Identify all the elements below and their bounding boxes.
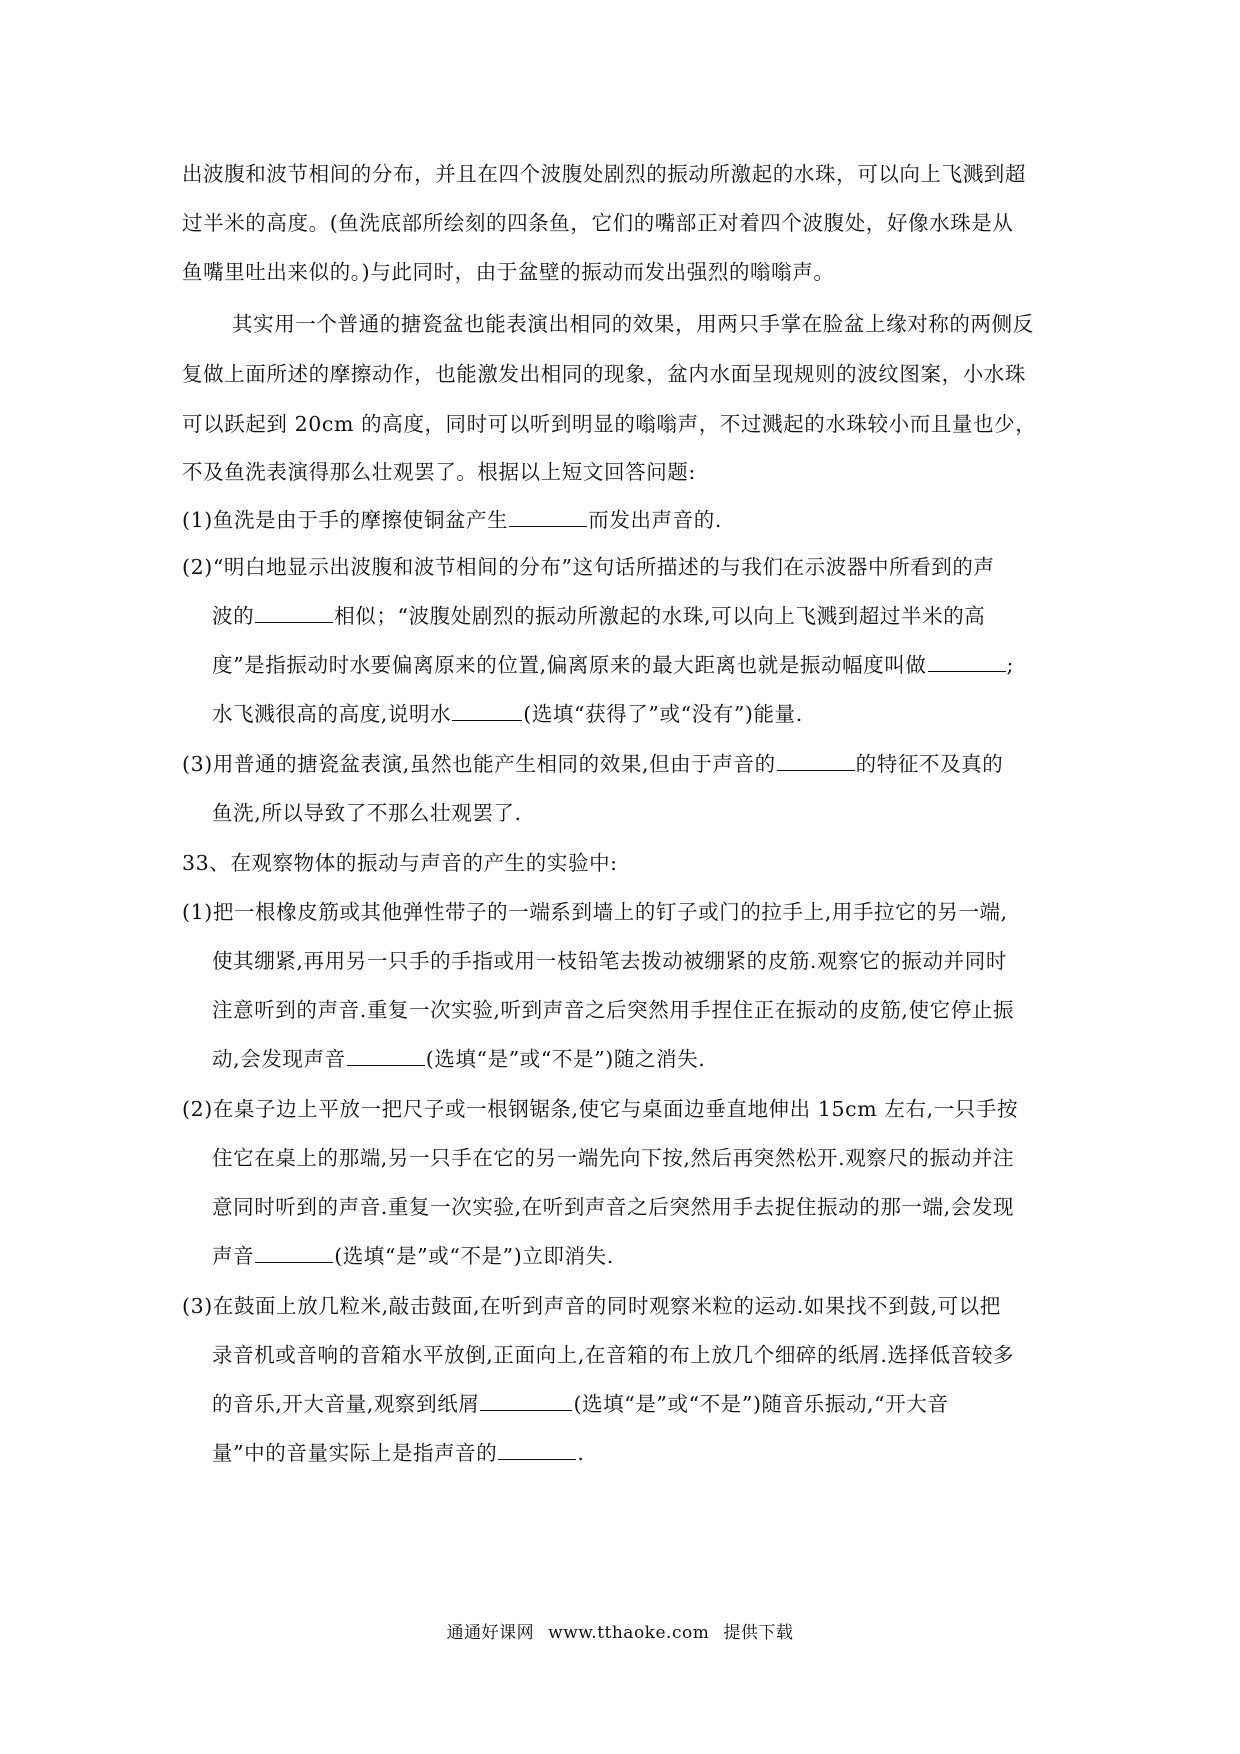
question-text: 量”中的音量实际上是指声音的 bbox=[212, 1441, 497, 1465]
passage-line: 可以跃起到 20cm 的高度，同时可以听到明显的嗡嗡声，不过溅起的水珠较小而且量… bbox=[182, 410, 1072, 438]
question-text: . bbox=[577, 1441, 584, 1465]
question-33-3-line: (3)在鼓面上放几粒米,敲击鼓面,在听到声音的同时观察米粒的运动.如果找不到鼓,… bbox=[182, 1292, 1072, 1320]
question-33-title: 33、在观察物体的振动与声音的产生的实验中: bbox=[182, 849, 1072, 877]
passage-line: 复做上面所述的摩擦动作，也能激发出相同的现象，盆内水面呈现规则的波纹图案，小水珠 bbox=[182, 360, 1072, 388]
question-text: (选填“是”或“不是”)随之消失. bbox=[426, 1047, 706, 1071]
passage-line: 鱼嘴里吐出来似的。)与此同时，由于盆壁的振动而发出强烈的嗡嗡声。 bbox=[182, 258, 1072, 286]
question-text: 波的 bbox=[212, 604, 254, 628]
question-32-1: (1)鱼洗是由于手的摩擦使铜盆产生而发出声音的. bbox=[182, 506, 1072, 534]
question-33-3-line: 的音乐,开大音量,观察到纸屑(选填“是”或“不是”)随音乐振动,“开大音 bbox=[212, 1390, 1102, 1418]
footer-url: www.tthaoke.com bbox=[548, 1623, 709, 1643]
answer-blank[interactable] bbox=[498, 1439, 576, 1460]
answer-blank[interactable] bbox=[777, 750, 855, 771]
answer-blank[interactable] bbox=[347, 1045, 425, 1066]
answer-blank[interactable] bbox=[255, 602, 333, 623]
answer-blank[interactable] bbox=[509, 506, 587, 527]
answer-blank[interactable] bbox=[480, 1390, 572, 1411]
answer-blank[interactable] bbox=[928, 651, 1006, 672]
question-32-3-line: (3)用普通的搪瓷盆表演,虽然也能产生相同的效果,但由于声音的的特征不及真的 bbox=[182, 750, 1072, 778]
question-33-3-line: 录音机或音响的音箱水平放倒,正面向上,在音箱的布上放几个细碎的纸屑.选择低音较多 bbox=[212, 1341, 1102, 1369]
question-33-3-line: 量”中的音量实际上是指声音的. bbox=[212, 1439, 1102, 1467]
question-text: (1)鱼洗是由于手的摩擦使铜盆产生 bbox=[182, 508, 508, 532]
passage-line: 过半米的高度。(鱼洗底部所绘刻的四条鱼，它们的嘴部正对着四个波腹处，好像水珠是从 bbox=[182, 209, 1072, 237]
document-page: 出波腹和波节相间的分布，并且在四个波腹处剧烈的振动所激起的水珠，可以向上飞溅到超… bbox=[0, 0, 1240, 1754]
question-32-2-line: (2)“明白地显示出波腹和波节相间的分布”这句话所描述的与我们在示波器中所看到的… bbox=[182, 553, 1072, 581]
question-text: 而发出声音的. bbox=[588, 508, 722, 532]
answer-blank[interactable] bbox=[452, 700, 522, 721]
question-33-1-line: (1)把一根橡皮筋或其他弹性带子的一端系到墙上的钉子或门的拉手上,用手拉它的另一… bbox=[182, 898, 1072, 926]
question-33-1-line: 注意听到的声音.重复一次实验,听到声音之后突然用手捏住正在振动的皮筋,使它停止振 bbox=[212, 996, 1102, 1024]
question-33-2-line: 住它在桌上的那端,另一只手在它的另一端先向下按,然后再突然松开.观察尺的振动并注 bbox=[212, 1144, 1102, 1172]
question-text: 水飞溅很高的高度,说明水 bbox=[212, 702, 451, 726]
question-text: (选填“获得了”或“没有”)能量. bbox=[523, 702, 803, 726]
footer-suffix: 提供下载 bbox=[723, 1623, 793, 1643]
question-32-2-line: 水飞溅很高的高度,说明水(选填“获得了”或“没有”)能量. bbox=[212, 700, 1102, 728]
question-32-2-line: 度”是指振动时水要偏离原来的位置,偏离原来的最大距离也就是振动幅度叫做; bbox=[212, 651, 1102, 679]
passage-line: 出波腹和波节相间的分布，并且在四个波腹处剧烈的振动所激起的水珠，可以向上飞溅到超 bbox=[182, 160, 1072, 188]
question-33-2-line: (2)在桌子边上平放一把尺子或一根钢锯条,使它与桌面边垂直地伸出 15cm 左右… bbox=[182, 1095, 1072, 1123]
answer-blank[interactable] bbox=[255, 1242, 333, 1263]
question-text: ; bbox=[1007, 653, 1015, 677]
question-text: (3)用普通的搪瓷盆表演,虽然也能产生相同的效果,但由于声音的 bbox=[182, 752, 776, 776]
question-text: 度”是指振动时水要偏离原来的位置,偏离原来的最大距离也就是振动幅度叫做 bbox=[212, 653, 927, 677]
page-footer: 通通好课网www.tthaoke.com提供下载 bbox=[0, 1618, 1240, 1643]
passage-line: 不及鱼洗表演得那么壮观罢了。根据以上短文回答问题: bbox=[182, 458, 1072, 486]
question-32-3-line: 鱼洗,所以导致了不那么壮观罢了. bbox=[212, 799, 1102, 827]
question-33-2-line: 意同时听到的声音.重复一次实验,在听到声音之后突然用手去捉住振动的那一端,会发现 bbox=[212, 1193, 1102, 1221]
footer-site-name: 通通好课网 bbox=[447, 1623, 535, 1643]
question-33-2-line: 声音(选填“是”或“不是”)立即消失. bbox=[212, 1242, 1102, 1270]
question-text: (选填“是”或“不是”)随音乐振动,“开大音 bbox=[573, 1392, 948, 1416]
question-text: 声音 bbox=[212, 1244, 254, 1268]
question-text: 动,会发现声音 bbox=[212, 1047, 346, 1071]
question-text: 的音乐,开大音量,观察到纸屑 bbox=[212, 1392, 479, 1416]
question-32-2-line: 波的相似；“波腹处剧烈的振动所激起的水珠,可以向上飞溅到超过半米的高 bbox=[212, 602, 1102, 630]
question-text: (选填“是”或“不是”)立即消失. bbox=[334, 1244, 614, 1268]
question-33-1-line: 使其绷紧,再用另一只手的手指或用一枝铅笔去拨动被绷紧的皮筋.观察它的振动并同时 bbox=[212, 947, 1102, 975]
question-text: 相似；“波腹处剧烈的振动所激起的水珠,可以向上飞溅到超过半米的高 bbox=[334, 604, 985, 628]
passage-line: 其实用一个普通的搪瓷盆也能表演出相同的效果，用两只手掌在脸盆上缘对称的两侧反 bbox=[232, 310, 1122, 338]
question-text: 的特征不及真的 bbox=[856, 752, 1004, 776]
question-33-1-line: 动,会发现声音(选填“是”或“不是”)随之消失. bbox=[212, 1045, 1102, 1073]
